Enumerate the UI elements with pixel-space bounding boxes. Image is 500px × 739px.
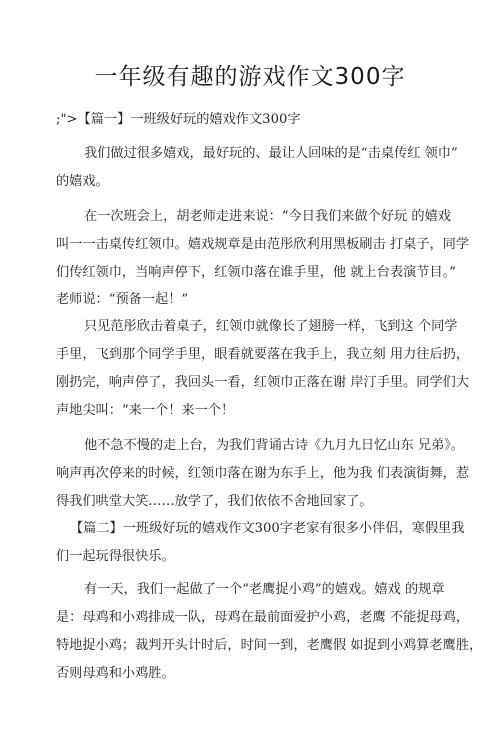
text-line: 叫一一击桌传红领巾。嬉戏规章是由范彤欣利用黑板刷击 打桌子，同学 bbox=[56, 237, 469, 253]
document-title: 一年级有趣的游戏作文300字 bbox=[0, 58, 500, 91]
text-line: 否则母鸡和小鸡胜。 bbox=[56, 666, 175, 682]
text-line: 得我们哄堂大笑……放学了，我们依依不舍地回家了。 bbox=[56, 494, 373, 510]
text-line: 只见范彤欣击着桌子，红领巾就像长了翅膀一样，飞到这 个同学 bbox=[84, 319, 457, 335]
text-line: 在一次班会上，胡老师走进来说：“今日我们来做个好玩 的嬉戏 bbox=[84, 209, 451, 225]
text-line: 他不急不慢的走上台，为我们背诵古诗《九月九日忆山东 兄弟》。 bbox=[84, 438, 464, 454]
text-line: 特地捉小鸡；裁判开头计时后，时间一到，老鹰假 如捉到小鸡算老鹰胜， bbox=[56, 638, 482, 654]
text-line: 们一起玩得很快乐。 bbox=[56, 549, 175, 565]
text-line: 有一天，我们一起做了一个“老鹰捉小鸡”的嬉戏。嬉戏 的规章 bbox=[84, 582, 445, 598]
text-line: 【篇二】一班级好玩的嬉戏作文300字老家有很多小伴侣，寒假里我 bbox=[70, 521, 464, 537]
text-line: ;">【篇一】一班级好玩的嬉戏作文300字 bbox=[56, 112, 301, 128]
text-line: 老师说：“预备一起！” bbox=[56, 292, 188, 308]
text-line: 响声再次停来的时候，红领巾落在谢为东手上，他为我 们表演街舞，惹 bbox=[56, 466, 469, 482]
text-line: 是：母鸡和小鸡排成一队，母鸡在最前面爱护小鸡，老鹰 不能捉母鸡， bbox=[56, 610, 469, 626]
text-line: 的嬉戏。 bbox=[56, 174, 109, 190]
text-line: 声地尖叫：“来一个！来一个！ bbox=[56, 403, 234, 419]
text-line: 手里，飞到那个同学手里，眼看就要落在我手上，我立刻 用力往后扔， bbox=[56, 347, 469, 363]
text-line: 我们做过很多嬉戏，最好玩的、最让人回味的是“击桌传红 领巾” bbox=[84, 146, 458, 162]
text-line: 刚扔完，响声停了，我回头一看，红领巾正落在谢 岸汀手里。同学们大 bbox=[56, 375, 469, 391]
text-line: 们传红领巾，当响声停下，红领巾落在谁手里，他 就上台表演节目。” bbox=[56, 265, 456, 281]
